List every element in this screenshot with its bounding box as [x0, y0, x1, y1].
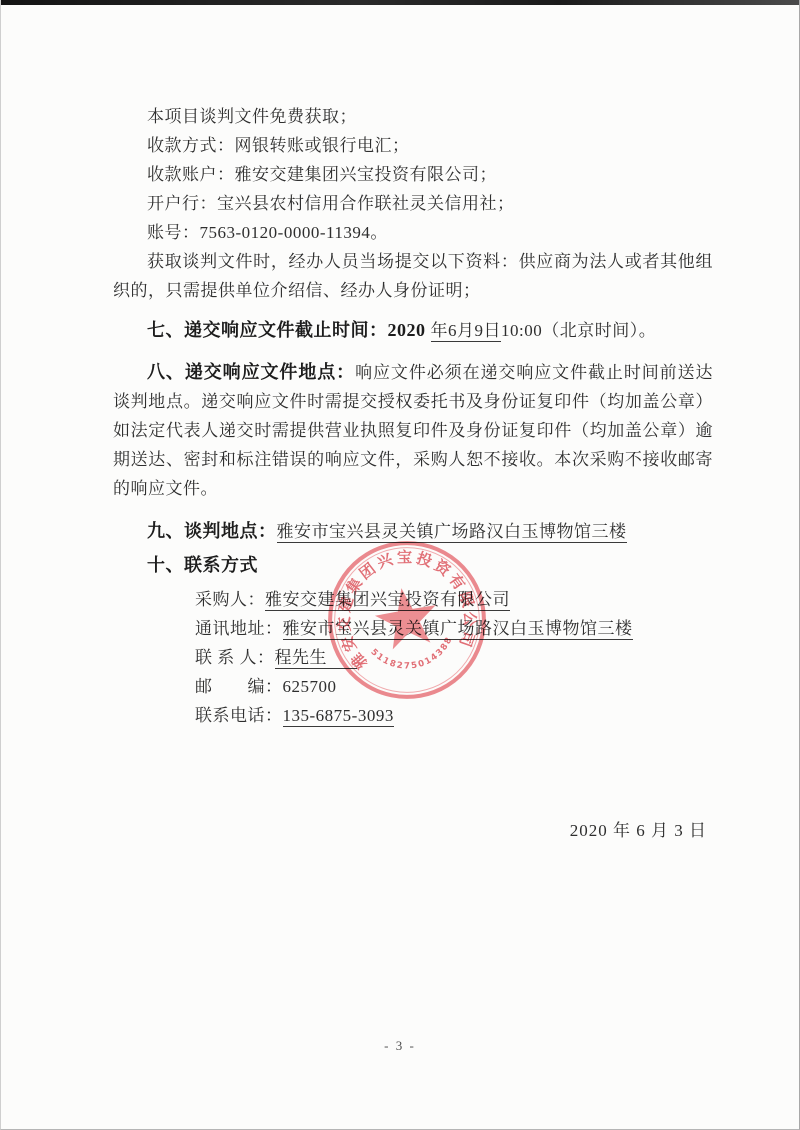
paragraph-payee-account-name: 收款账户：雅安交建集团兴宝投资有限公司；: [113, 160, 713, 189]
section-8-location: 八、递交响应文件地点：响应文件必须在递交响应文件截止时间前送达谈判地点。递交响应…: [113, 358, 713, 503]
contact-value: 雅安市宝兴县灵关镇广场路汉白玉博物馆三楼: [283, 619, 633, 640]
contact-row-purchaser: 采购人：雅安交建集团兴宝投资有限公司: [195, 585, 713, 614]
page-number: - 3 -: [1, 1038, 799, 1054]
document-body: 本项目谈判文件免费获取； 收款方式：网银转账或银行电汇； 收款账户：雅安交建集团…: [113, 102, 713, 845]
document-date: 2020 年 6 月 3 日: [113, 816, 707, 845]
paragraph-materials-required: 获取谈判文件时，经办人员当场提交以下资料：供应商为法人或者其他组织的，只需提供单…: [113, 247, 713, 305]
section-10-contact-heading: 十、联系方式: [113, 549, 713, 582]
scan-top-edge: [1, 0, 799, 5]
contact-value: 625700: [283, 677, 337, 696]
section-7-title: 七、递交响应文件截止时间：: [147, 320, 388, 340]
contact-value: 雅安交建集团兴宝投资有限公司: [265, 590, 510, 611]
section-7-year: 2020: [388, 320, 431, 340]
contact-row-postcode: 邮 编：625700: [195, 672, 713, 701]
section-7-time: 10:00（北京时间）。: [501, 321, 656, 340]
section-7-date-underlined: 年6月9日: [431, 321, 502, 342]
paragraph-payment-method: 收款方式：网银转账或银行电汇；: [113, 131, 713, 160]
contact-value: 135-6875-3093: [283, 706, 394, 727]
contact-label: 采购人：: [195, 590, 265, 609]
section-8-body: 响应文件必须在递交响应文件截止时间前送达谈判地点。递交响应文件时需提交授权委托书…: [113, 363, 713, 498]
paragraph-account-number: 账号：7563-0120-0000-11394。: [113, 218, 713, 247]
contact-row-phone: 联系电话：135-6875-3093: [195, 701, 713, 730]
section-9-address-underlined: 雅安市宝兴县灵关镇广场路汉白玉博物馆三楼: [277, 522, 627, 543]
contact-label: 联系电话：: [195, 706, 283, 725]
section-7-deadline: 七、递交响应文件截止时间：2020 年6月9日10:00（北京时间）。: [113, 314, 713, 347]
contact-label: 联 系 人：: [195, 648, 275, 667]
paragraph-free-obtain: 本项目谈判文件免费获取；: [113, 102, 713, 131]
paragraph-bank: 开户行：宝兴县农村信用合作联社灵关信用社；: [113, 189, 713, 218]
contact-label: 邮 编：: [195, 677, 283, 696]
contact-row-person: 联 系 人：程先生: [195, 643, 713, 672]
section-9-negotiation-place: 九、谈判地点：雅安市宝兴县灵关镇广场路汉白玉博物馆三楼: [113, 515, 713, 548]
contact-label: 通讯地址：: [195, 619, 283, 638]
section-10-title: 十、联系方式: [147, 555, 258, 575]
contact-row-address: 通讯地址：雅安市宝兴县灵关镇广场路汉白玉博物馆三楼: [195, 614, 713, 643]
section-9-title: 九、谈判地点：: [147, 521, 277, 541]
contact-block: 采购人：雅安交建集团兴宝投资有限公司 通讯地址：雅安市宝兴县灵关镇广场路汉白玉博…: [195, 585, 713, 730]
contact-value: 程先生: [275, 648, 358, 669]
section-8-title: 八、递交响应文件地点：: [147, 362, 355, 382]
document-page: 本项目谈判文件免费获取； 收款方式：网银转账或银行电汇； 收款账户：雅安交建集团…: [0, 0, 800, 1130]
